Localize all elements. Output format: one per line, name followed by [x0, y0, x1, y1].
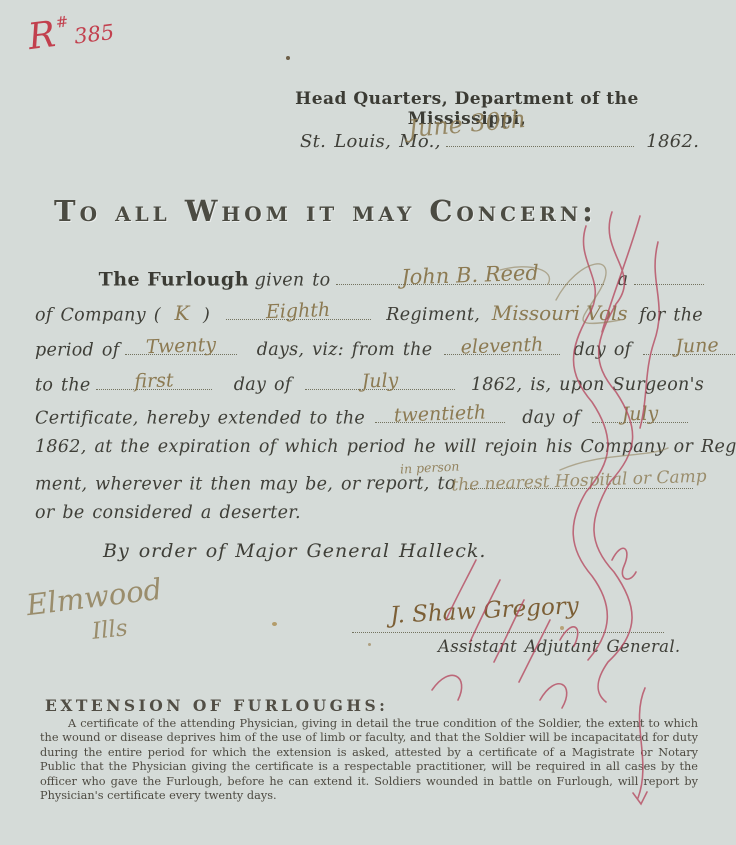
line3-printed-2: days, viz: from the — [257, 340, 433, 360]
period-written: Twenty — [146, 334, 217, 358]
line3-printed-3: day of — [574, 340, 632, 360]
body-line-6: 1862, at the expiration of which period … — [35, 437, 736, 457]
line4-printed-2: day of — [234, 375, 292, 395]
regiment-ordinal-blank: Eighth — [226, 301, 371, 320]
to-month-blank: July — [305, 371, 455, 390]
to-day-blank: first — [96, 371, 212, 390]
ledger-value: 385 — [73, 20, 116, 49]
furlough-label: The Furlough — [99, 268, 249, 290]
regiment-state-written: Missouri Vols — [492, 301, 628, 325]
from-day-written: eleventh — [460, 334, 543, 359]
from-day-blank: eleventh — [444, 336, 560, 355]
signature-title: Assistant Adjutant General. — [438, 637, 680, 656]
line2-printed-4: for the — [639, 305, 703, 325]
ext-day-written: twentieth — [393, 402, 486, 427]
report-place-written: the nearest Hospital or Camp — [451, 467, 707, 496]
document-page: R#385 Head Quarters, Department of the M… — [0, 0, 736, 845]
salutation: To all Whom it may Concern: — [54, 194, 597, 228]
body-line-4: to the first day of July 1862, is, upon … — [35, 371, 704, 395]
state-written-text: Ills — [91, 615, 129, 645]
report-place-blank: the nearest Hospital or Camp — [465, 470, 693, 489]
rank-blank — [634, 266, 704, 285]
by-order-line: By order of Major General Halleck. — [103, 540, 486, 562]
body-line-1: The Furlough given to John B. Reed a — [35, 266, 704, 290]
line5-printed-1: Certificate, hereby extended to the — [35, 408, 365, 428]
name-blank: John B. Reed — [336, 266, 604, 285]
foxing-spot — [368, 643, 371, 646]
given-to-text: given to — [255, 270, 331, 290]
place-written: Elmwood — [24, 572, 163, 622]
line6-printed: 1862, at the expiration of which period … — [35, 437, 736, 457]
body-line-8: or be considered a deserter. — [35, 503, 301, 523]
company-written: K — [174, 301, 189, 325]
line3-printed-1: period of — [35, 340, 120, 360]
footer-paragraph-text: A certificate of the attending Physician… — [40, 717, 698, 803]
line8-printed: or be considered a deserter. — [35, 503, 301, 523]
body-line-7: ment, wherever it then may be, or in per… — [35, 470, 693, 494]
period-blank: Twenty — [125, 336, 237, 355]
to-month-written: July — [362, 370, 399, 393]
place-written-text: Elmwood — [24, 572, 163, 622]
line2-printed-2: ) — [203, 305, 210, 325]
regiment-ordinal-written: Eighth — [266, 299, 331, 323]
by-order-text: By order of Major General Halleck. — [103, 540, 486, 562]
ext-month-blank: July — [592, 404, 688, 423]
ext-day-blank: twentieth — [375, 404, 505, 423]
foxing-spot — [560, 626, 564, 630]
ledger-hash: # — [55, 12, 70, 31]
a-word: a — [618, 270, 629, 290]
ledger-prefix: R — [26, 14, 58, 58]
ledger-number: R#385 — [26, 7, 116, 58]
soldier-name-written: John B. Reed — [401, 261, 539, 290]
body-line-3: period of Twenty days, viz: from the ele… — [35, 336, 736, 360]
line5-printed-2: day of — [522, 408, 580, 428]
body-line-2: of Company ( K ) Eighth Regiment, Missou… — [35, 301, 703, 325]
line2-printed-1: of Company ( — [35, 305, 161, 325]
footer-paragraph: A certificate of the attending Physician… — [40, 717, 698, 803]
line7-printed-2: report, to — [366, 474, 456, 494]
state-written: Ills — [91, 615, 129, 645]
from-month-blank: June — [643, 336, 736, 355]
to-day-written: first — [134, 370, 174, 393]
line7-printed-1: ment, wherever it then may be, or — [35, 474, 361, 494]
signature-title-text: Assistant Adjutant General. — [438, 637, 680, 656]
line4-printed-3: 1862, is, upon Surgeon's — [471, 375, 704, 395]
line4-printed-1: to the — [35, 375, 91, 395]
line2-printed-3: Regiment, — [386, 305, 480, 325]
foxing-spot — [286, 56, 290, 60]
foxing-spot — [272, 622, 277, 626]
footer-heading: EXTENSION OF FURLOUGHS: — [45, 696, 388, 715]
body-line-5: Certificate, hereby extended to the twen… — [35, 404, 688, 428]
footer-heading-text: EXTENSION OF FURLOUGHS: — [45, 696, 388, 715]
from-month-written: June — [675, 335, 719, 358]
date-year: 1862. — [646, 131, 699, 152]
salutation-text: To all Whom it may Concern: — [54, 194, 597, 228]
ext-month-written: July — [621, 403, 658, 426]
